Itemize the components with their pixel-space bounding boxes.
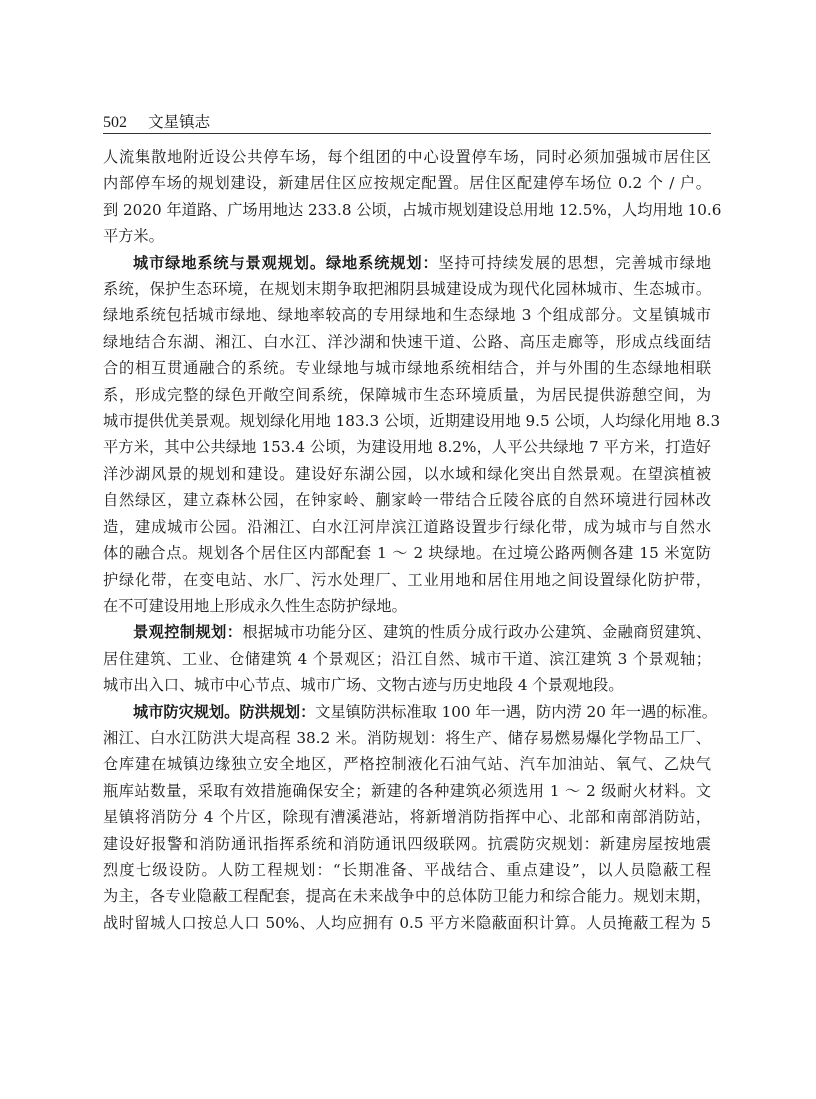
text-line: 造，建成城市公园。沿湘江、白水江河岸滨江道路设置步行绿化带，成为城市与自然水 bbox=[103, 514, 711, 540]
line-text: 根据城市功能分区、建筑的性质分成行政办公建筑、金融商贸建筑、 bbox=[242, 623, 711, 641]
line-text: 城市出入口、城市中心节点、城市广场、文物古迹与历史地段 4 个景观地段。 bbox=[103, 676, 624, 694]
line-text: 为主，各专业隐蔽工程配套，提高在未来战争中的总体防卫能力和综合能力。规划末期， bbox=[103, 887, 711, 905]
text-line: 城市防灾规划。防洪规划：文星镇防洪标准取 100 年一遇，防内涝 20 年一遇的… bbox=[103, 699, 711, 725]
text-line: 瓶库站数量，采取有效措施确保安全；新建的各种建筑必须选用 1 ～ 2 级耐火材料… bbox=[103, 778, 711, 804]
text-line: 居住建筑、工业、仓储建筑 4 个景观区；沿江自然、城市干道、滨江建筑 3 个景观… bbox=[103, 646, 711, 672]
paragraph: 人流集散地附近设公共停车场，每个组团的中心设置停车场，同时必须加强城市居住区内部… bbox=[103, 144, 711, 250]
body-text: 人流集散地附近设公共停车场，每个组团的中心设置停车场，同时必须加强城市居住区内部… bbox=[103, 144, 711, 936]
text-line: 星镇将消防分 4 个片区，除现有漕溪港站，将新增消防指挥中心、北部和南部消防站， bbox=[103, 804, 711, 830]
text-line: 平方米，其中公共绿地 153.4 公顷，为建设用地 8.2%，人平公共绿地 7 … bbox=[103, 434, 711, 460]
line-text: 绿地系统包括城市绿地、绿地率较高的专用绿地和生态绿地 3 个组成部分。文星镇城市 bbox=[103, 306, 711, 324]
text-line: 城市绿地系统与景观规划。绿地系统规划：坚持可持续发展的思想，完善城市绿地 bbox=[103, 250, 711, 276]
text-line: 自然绿区，建立森林公园，在钟家岭、蒯家岭一带结合丘陵谷底的自然环境进行园林改 bbox=[103, 487, 711, 513]
paragraph: 城市防灾规划。防洪规划：文星镇防洪标准取 100 年一遇，防内涝 20 年一遇的… bbox=[103, 699, 711, 937]
text-line: 仓库建在城镇边缘独立安全地区，严格控制液化石油气站、汽车加油站、氧气、乙炔气 bbox=[103, 751, 711, 777]
text-line: 合的相互贯通融合的系统。专业绿地与城市绿地系统相结合，并与外围的生态绿地相联 bbox=[103, 355, 711, 381]
text-line: 内部停车场的规划建设，新建居住区应按规定配置。居住区配建停车场位 0.2 个 /… bbox=[103, 170, 711, 196]
line-text: 在不可建设用地上形成永久性生态防护绿地。 bbox=[103, 597, 407, 615]
text-line: 洋沙湖风景的规划和建设。建设好东湖公园，以水域和绿化突出自然景观。在望滨植被 bbox=[103, 461, 711, 487]
line-text: 到 2020 年道路、广场用地达 233.8 公顷，占城市规划建设总用地 12.… bbox=[103, 201, 721, 219]
text-line: 绿地系统包括城市绿地、绿地率较高的专用绿地和生态绿地 3 个组成部分。文星镇城市 bbox=[103, 302, 711, 328]
line-text: 自然绿区，建立森林公园，在钟家岭、蒯家岭一带结合丘陵谷底的自然环境进行园林改 bbox=[103, 491, 711, 509]
text-line: 湘江、白水江防洪大堤高程 38.2 米。消防规划：将生产、储存易燃易爆化学物品工… bbox=[103, 725, 711, 751]
line-text: 平方米，其中公共绿地 153.4 公顷，为建设用地 8.2%，人平公共绿地 7 … bbox=[103, 438, 711, 456]
line-text: 城市提供优美景观。规划绿化用地 183.3 公顷，近期建设用地 9.5 公顷，人… bbox=[103, 412, 720, 430]
text-line: 人流集散地附近设公共停车场，每个组团的中心设置停车场，同时必须加强城市居住区 bbox=[103, 144, 711, 170]
text-line: 为主，各专业隐蔽工程配套，提高在未来战争中的总体防卫能力和综合能力。规划末期， bbox=[103, 883, 711, 909]
text-line: 战时留城人口按总人口 50%、人均应拥有 0.5 平方米隐蔽面积计算。人员掩蔽工… bbox=[103, 910, 711, 936]
line-text: 战时留城人口按总人口 50%、人均应拥有 0.5 平方米隐蔽面积计算。人员掩蔽工… bbox=[103, 914, 711, 932]
line-text: 人流集散地附近设公共停车场，每个组团的中心设置停车场，同时必须加强城市居住区 bbox=[103, 148, 711, 166]
section-heading: 城市防灾规划。防洪规划： bbox=[133, 703, 315, 721]
text-line: 护绿化带，在变电站、水厂、污水处理厂、工业用地和居住用地之间设置绿化防护带， bbox=[103, 567, 711, 593]
paragraph: 景观控制规划：根据城市功能分区、建筑的性质分成行政办公建筑、金融商贸建筑、居住建… bbox=[103, 619, 711, 698]
text-line: 城市提供优美景观。规划绿化用地 183.3 公顷，近期建设用地 9.5 公顷，人… bbox=[103, 408, 711, 434]
text-line: 景观控制规划：根据城市功能分区、建筑的性质分成行政办公建筑、金融商贸建筑、 bbox=[103, 619, 711, 645]
line-text: 建设好报警和消防通讯指挥系统和消防通讯四级联网。抗震防灾规划：新建房屋按地震 bbox=[103, 835, 711, 853]
line-text: 合的相互贯通融合的系统。专业绿地与城市绿地系统相结合，并与外围的生态绿地相联 bbox=[103, 359, 711, 377]
line-text: 星镇将消防分 4 个片区，除现有漕溪港站，将新增消防指挥中心、北部和南部消防站， bbox=[103, 808, 711, 826]
line-text: 瓶库站数量，采取有效措施确保安全；新建的各种建筑必须选用 1 ～ 2 级耐火材料… bbox=[103, 782, 711, 800]
text-line: 建设好报警和消防通讯指挥系统和消防通讯四级联网。抗震防灾规划：新建房屋按地震 bbox=[103, 831, 711, 857]
line-text: 造，建成城市公园。沿湘江、白水江河岸滨江道路设置步行绿化带，成为城市与自然水 bbox=[103, 518, 711, 536]
line-text: 坚持可持续发展的思想，完善城市绿地 bbox=[439, 254, 711, 272]
text-line: 在不可建设用地上形成永久性生态防护绿地。 bbox=[103, 593, 711, 619]
line-text: 洋沙湖风景的规划和建设。建设好东湖公园，以水域和绿化突出自然景观。在望滨植被 bbox=[103, 465, 711, 483]
text-line: 系统，保护生态环境，在规划末期争取把湘阴县城建设成为现代化园林城市、生态城市。 bbox=[103, 276, 711, 302]
text-line: 体的融合点。规划各个居住区内部配套 1 ～ 2 块绿地。在过境公路两侧各建 15… bbox=[103, 540, 711, 566]
line-text: 文星镇防洪标准取 100 年一遇，防内涝 20 年一遇的标准。 bbox=[315, 703, 717, 721]
line-text: 居住建筑、工业、仓储建筑 4 个景观区；沿江自然、城市干道、滨江建筑 3 个景观… bbox=[103, 650, 711, 668]
line-text: 仓库建在城镇边缘独立安全地区，严格控制液化石油气站、汽车加油站、氧气、乙炔气 bbox=[103, 755, 711, 773]
line-text: 系，形成完整的绿色开敞空间系统，保障城市生态环境质量，为居民提供游憩空间，为 bbox=[103, 386, 711, 404]
line-text: 烈度七级设防。人防工程规划：“长期准备、平战结合、重点建设”，以人员隐蔽工程 bbox=[103, 861, 711, 879]
text-line: 系，形成完整的绿色开敞空间系统，保障城市生态环境质量，为居民提供游憩空间，为 bbox=[103, 382, 711, 408]
text-line: 烈度七级设防。人防工程规划：“长期准备、平战结合、重点建设”，以人员隐蔽工程 bbox=[103, 857, 711, 883]
line-text: 绿地结合东湖、湘江、白水江、洋沙湖和快速干道、公路、高压走廊等，形成点线面结 bbox=[103, 333, 711, 351]
page-number: 502 bbox=[103, 114, 143, 132]
text-line: 绿地结合东湖、湘江、白水江、洋沙湖和快速干道、公路、高压走廊等，形成点线面结 bbox=[103, 329, 711, 355]
line-text: 体的融合点。规划各个居住区内部配套 1 ～ 2 块绿地。在过境公路两侧各建 15… bbox=[103, 544, 711, 562]
line-text: 护绿化带，在变电站、水厂、污水处理厂、工业用地和居住用地之间设置绿化防护带， bbox=[103, 571, 711, 589]
paragraph: 城市绿地系统与景观规划。绿地系统规划：坚持可持续发展的思想，完善城市绿地系统，保… bbox=[103, 250, 711, 620]
text-line: 城市出入口、城市中心节点、城市广场、文物古迹与历史地段 4 个景观地段。 bbox=[103, 672, 711, 698]
section-heading: 城市绿地系统与景观规划。绿地系统规划： bbox=[133, 254, 439, 272]
running-header: 502 文星镇志 bbox=[103, 113, 711, 134]
line-text: 内部停车场的规划建设，新建居住区应按规定配置。居住区配建停车场位 0.2 个 /… bbox=[103, 174, 711, 192]
section-heading: 景观控制规划： bbox=[133, 623, 242, 641]
text-line: 平方米。 bbox=[103, 223, 711, 249]
book-title: 文星镇志 bbox=[148, 113, 210, 131]
text-line: 到 2020 年道路、广场用地达 233.8 公顷，占城市规划建设总用地 12.… bbox=[103, 197, 711, 223]
line-text: 平方米。 bbox=[103, 227, 164, 245]
line-text: 湘江、白水江防洪大堤高程 38.2 米。消防规划：将生产、储存易燃易爆化学物品工… bbox=[103, 729, 711, 747]
line-text: 系统，保护生态环境，在规划末期争取把湘阴县城建设成为现代化园林城市、生态城市。 bbox=[103, 280, 711, 298]
